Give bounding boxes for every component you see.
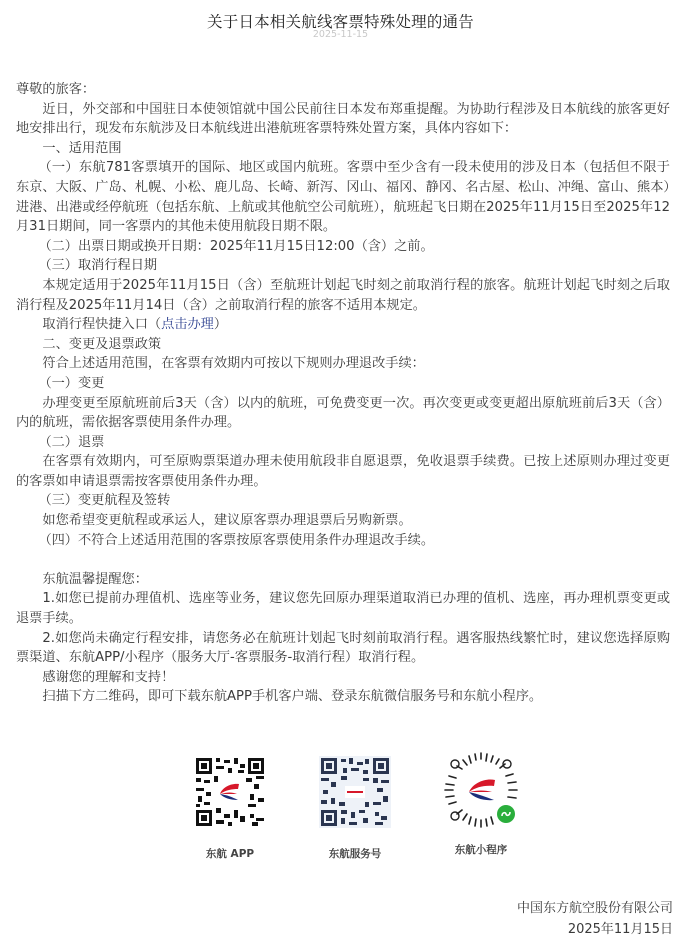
section2-item4: （四）不符合上述适用范围的客票按原客票使用条件办理退改手续。	[16, 531, 670, 551]
qr-item-app: 东航 APP	[185, 756, 275, 861]
thanks-text: 感谢您的理解和支持！	[16, 668, 670, 688]
reminder-item2: 2.如您尚未确定行程安排，请您务必在航班计划起飞时刻前取消行程。遇客服热线繁忙时…	[16, 629, 670, 668]
qr-label-mini-program: 东航小程序	[436, 842, 526, 857]
quick-entry: 取消行程快捷入口（点击办理）	[16, 315, 670, 335]
section2-intro: 符合上述适用范围，在客票有效期内可按以下规则办理退改手续：	[16, 354, 670, 374]
section2-heading: 二、变更及退票政策	[16, 335, 670, 355]
qr-label-app: 东航 APP	[185, 846, 275, 861]
section2-item1-text: 办理变更至原航班前后3天（含）以内的航班，可免费变更一次。再次变更或变更超出原航…	[16, 394, 670, 433]
qr-label-service-account: 东航服务号	[310, 846, 400, 861]
qr-item-service-account: 东航服务号	[310, 756, 400, 861]
section1-heading: 一、适用范围	[16, 139, 670, 159]
section1-item1: （一）东航781客票填开的国际、地区或国内航班。客票中至少含有一段未使用的涉及日…	[16, 158, 670, 236]
notice-body: 尊敬的旅客： 近日，外交部和中国驻日本使领馆就中国公民前往日本发布郑重提醒。为协…	[16, 80, 670, 707]
quick-entry-prefix: 取消行程快捷入口（	[42, 317, 161, 332]
qr-code-row: 东航 APP	[0, 756, 681, 866]
company-name: 中国东方航空股份有限公司	[517, 898, 673, 919]
cancel-itinerary-link[interactable]: 点击办理	[161, 317, 214, 332]
qr-code-app-icon[interactable]	[194, 756, 266, 828]
section2-item2-text: 在客票有效期内，可至原购票渠道办理未使用航段非自愿退票，免收退票手续费。已按上述…	[16, 452, 670, 491]
section2-item1-heading: （一）变更	[16, 374, 670, 394]
reminder-item1: 1.如您已提前办理值机、选座等业务，建议您先回原办理渠道取消已办理的值机、选座，…	[16, 589, 670, 628]
quick-entry-suffix: ）	[214, 317, 227, 332]
spacer	[16, 550, 670, 570]
publish-date: 2025-11-15	[0, 29, 681, 40]
section1-item3-text: 本规定适用于2025年11月15日（含）至航班计划起飞时刻之前取消行程的旅客。航…	[16, 276, 670, 315]
section1-item2: （二）出票日期或换开日期：2025年11月15日12:00（含）之前。	[16, 237, 670, 257]
section1-item3-heading: （三）取消行程日期	[16, 256, 670, 276]
signature-block: 中国东方航空股份有限公司 2025年11月15日	[517, 898, 673, 940]
qr-item-mini-program: 东航小程序	[436, 756, 526, 857]
greeting: 尊敬的旅客：	[16, 80, 670, 100]
section2-item3-text: 如您希望变更航程或承运人，建议原客票办理退票后另购新票。	[16, 511, 670, 531]
scan-instruction: 扫描下方二维码，即可下载东航APP手机客户端、登录东航微信服务号和东航小程序。	[16, 687, 670, 707]
section2-item2-heading: （二）退票	[16, 433, 670, 453]
intro-paragraph: 近日，外交部和中国驻日本使领馆就中国公民前往日本发布郑重提醒。为协助行程涉及日本…	[16, 100, 670, 139]
qr-code-service-account-icon[interactable]	[319, 756, 391, 828]
signature-date: 2025年11月15日	[517, 919, 673, 940]
section2-item3-heading: （三）变更航程及签转	[16, 491, 670, 511]
reminder-heading: 东航温馨提醒您：	[16, 570, 670, 590]
mini-program-code-icon[interactable]	[441, 750, 521, 830]
